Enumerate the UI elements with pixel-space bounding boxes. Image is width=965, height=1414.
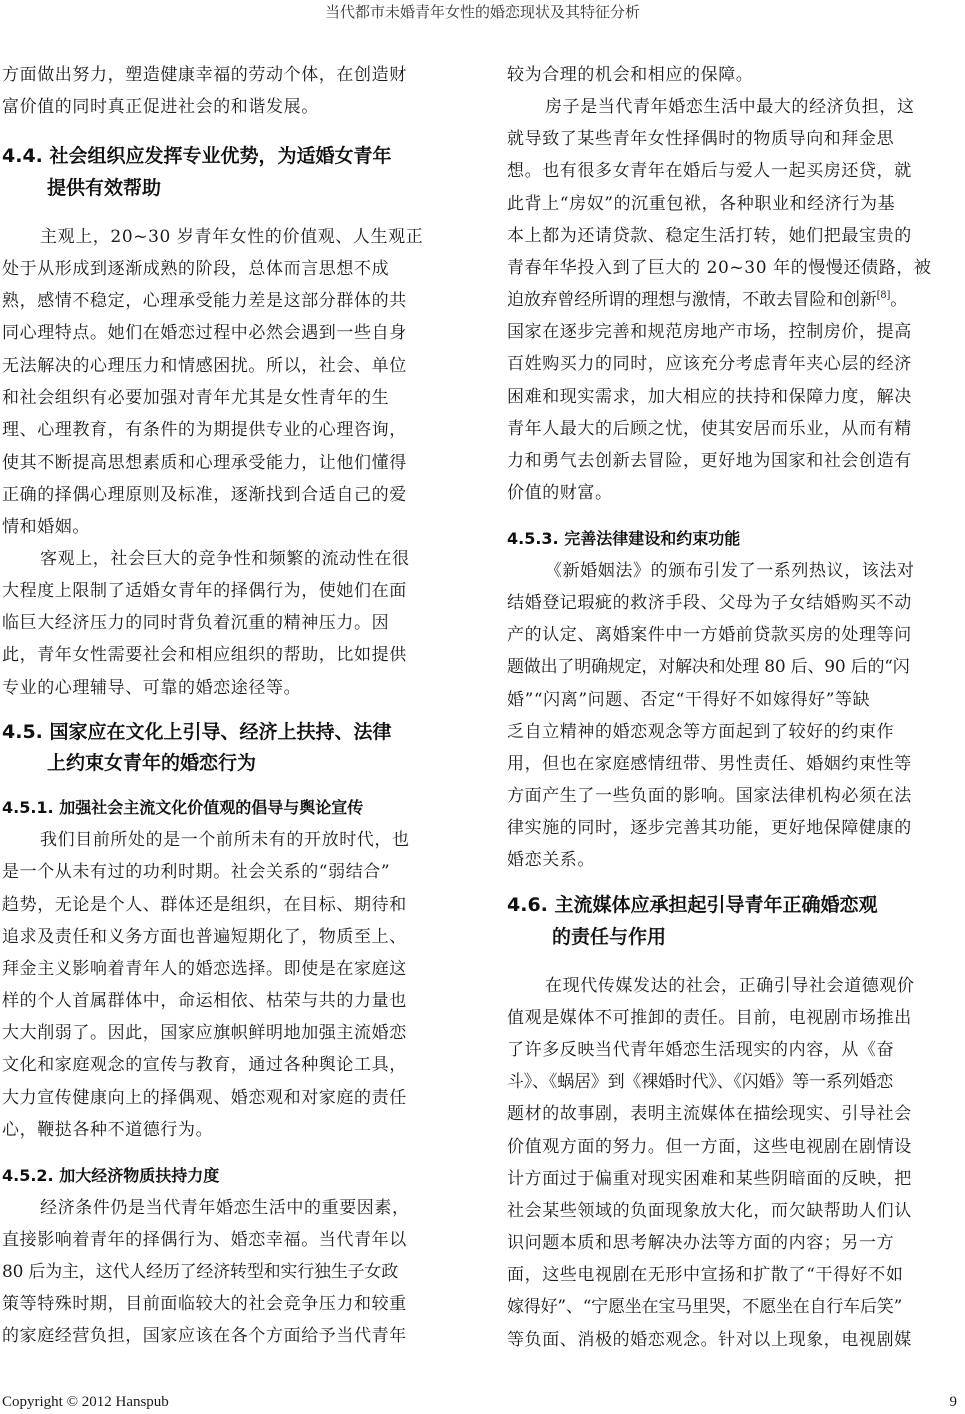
page-number: 9 <box>950 1392 958 1412</box>
paragraph-line: 方面产生了一些负面的影响。国家法律机构必须在法 <box>507 785 912 807</box>
paragraph-line: 文化和家庭观念的宣传与教育，通过各种舆论工具， <box>2 1054 407 1076</box>
paragraph-line: 价值观方面的努力。但一方面，这些电视剧在剧情设 <box>507 1136 912 1158</box>
subsection-number: 4.5.3. <box>507 529 559 548</box>
paragraph-line: 大大削弱了。因此，国家应旗帜鲜明地加强主流婚恋 <box>2 1022 407 1044</box>
paragraph-line: 乏自立精神的婚恋观念等方面起到了较好的约束作 <box>507 721 894 743</box>
paragraph-line: 专业的心理辅导、可靠的婚恋途径等。 <box>2 677 301 699</box>
paragraph-line: 力和勇气去创新去冒险，更好地为国家和社会创造有 <box>507 450 912 472</box>
paragraph-line: 处于从形成到逐渐成熟的阶段，总体而言思想不成 <box>2 258 389 280</box>
paragraph-line: 婚”“闪离”问题、否定“干得好不如嫁得好”等缺 <box>507 689 870 711</box>
punctuation: 。 <box>890 290 907 310</box>
paragraph-line: 主观上，20~30 岁青年女性的价值观、人生观正 <box>40 226 423 248</box>
copyright-notice: Copyright © 2012 Hanspub <box>2 1392 169 1412</box>
paragraph-line: 经济条件仍是当代青年婚恋生活中的重要因素， <box>40 1197 410 1219</box>
paragraph-line: 较为合理的机会和相应的保障。 <box>507 64 753 86</box>
subsection-heading-4-5-3: 4.5.3. 完善法律建设和约束功能 <box>507 528 740 550</box>
paragraph-line: 价值的财富。 <box>507 482 613 504</box>
paragraph-line: 律实施的同时，逐步完善其功能，更好地保障健康的 <box>507 817 912 839</box>
paragraph-line: 结婚登记瑕疵的救济手段、父母为子女结婚购买不动 <box>507 592 912 614</box>
paragraph-line: 社会某些领域的负面现象放大化，而欠缺帮助人们认 <box>507 1200 912 1222</box>
paragraph-line: 嫁得好”、“宁愿坐在宝马里哭，不愿坐在自行车后笑” <box>507 1296 902 1318</box>
section-title: 国家应在文化上引导、经济上扶持、法律 <box>50 721 392 743</box>
section-number: 4.6. <box>507 894 548 916</box>
paragraph-line: 用，但也在家庭感情纽带、男性责任、婚姻约束性等 <box>507 753 912 775</box>
paragraph-line: 和社会组织有必要加强对青年尤其是女性青年的生 <box>2 387 389 409</box>
section-heading-4-5-cont: 上约束女青年的婚恋行为 <box>47 751 256 775</box>
paragraph-line: 80 后为主，这代人经历了经济转型和实行独生子女政 <box>2 1261 398 1283</box>
paragraph-line: 面，这些电视剧在无形中宣扬和扩散了“干得好不如 <box>507 1264 904 1286</box>
paragraph-line: 房子是当代青年婚恋生活中最大的经济负担，这 <box>545 96 915 118</box>
paragraph-line: 大程度上限制了适婚女青年的择偶行为，使她们在面 <box>2 580 407 602</box>
subsection-title: 加大经济物质扶持力度 <box>59 1166 219 1185</box>
paragraph-line: 正确的择偶心理原则及标准，逐渐找到合适自己的爱 <box>2 484 407 506</box>
subsection-number: 4.5.2. <box>2 1166 54 1185</box>
paragraph-line: 识问题本质和思考解决办法等方面的内容；另一方 <box>507 1232 894 1254</box>
paragraph-line: 计方面过于偏重对现实困难和某些阴暗面的反映，把 <box>507 1168 912 1190</box>
paragraph-line: 青年人最大的后顾之忧，使其安居而乐业，从而有精 <box>507 418 912 440</box>
subsection-title: 加强社会主流文化价值观的倡导与舆论宣传 <box>59 798 363 817</box>
paragraph-line: 熟，感情不稳定，心理承受能力差是这部分群体的共 <box>2 290 407 312</box>
paragraph-line: 样的个人首属群体中，命运相依、枯荣与共的力量也 <box>2 990 407 1012</box>
paragraph-line: 理、心理教育，有条件的为期提供专业的心理咨询， <box>2 419 407 441</box>
paragraph-line: 是一个从未有过的功利时期。社会关系的“弱结合” <box>2 861 390 883</box>
section-number: 4.5. <box>2 721 43 743</box>
paragraph-text: 迫放弃曾经所谓的理想与激情，不敢去冒险和创新 <box>507 290 877 310</box>
paragraph-line: 产的认定、离婚案件中一方婚前贷款买房的处理等问 <box>507 624 912 646</box>
paragraph-line: 心，鞭挞各种不道德行为。 <box>2 1119 213 1141</box>
paragraph-line: 的家庭经营负担，国家应该在各个方面给予当代青年 <box>2 1325 407 1347</box>
paragraph-line: 青春年华投入到了巨大的 20~30 年的慢慢还债路，被 <box>507 257 932 279</box>
paragraph-line: 婚恋关系。 <box>507 849 595 871</box>
paragraph-line: 直接影响着青年的择偶行为、婚恋幸福。当代青年以 <box>2 1229 407 1251</box>
paragraph-line: 了许多反映当代青年婚恋生活现实的内容，从《奋 <box>507 1039 894 1061</box>
section-heading-4-6-cont: 的责任与作用 <box>552 925 666 949</box>
paragraph-line: 此背上“房奴”的沉重包袱，各种职业和经济行为基 <box>507 193 895 215</box>
paragraph-line: 就导致了某些青年女性择偶时的物质导向和拜金思 <box>507 128 894 150</box>
section-title: 社会组织应发挥专业优势，为适婚女青年 <box>50 145 392 167</box>
paragraph-line: 题材的故事剧，表明主流媒体在描绘现实、引导社会 <box>507 1103 912 1125</box>
paragraph-line: 趋势，无论是个人、群体还是组织，在目标、期待和 <box>2 894 407 916</box>
paragraph-line: 想。也有很多女青年在婚后与爱人一起买房还贷，就 <box>507 160 912 182</box>
paragraph-line: 题做出了明确规定，对解决和处理 80 后、90 后的“闪 <box>507 656 910 678</box>
paragraph-line: 临巨大经济压力的同时背负着沉重的精神压力。因 <box>2 612 389 634</box>
paragraph-line: 国家在逐步完善和规范房地产市场，控制房价，提高 <box>507 321 912 343</box>
subsection-heading-4-5-1: 4.5.1. 加强社会主流文化价值观的倡导与舆论宣传 <box>2 797 363 819</box>
paragraph-line: 百姓购买力的同时，应该充分考虑青年夹心层的经济 <box>507 353 912 375</box>
paragraph-line: 等负面、消极的婚恋观念。针对以上现象，电视剧媒 <box>507 1329 912 1351</box>
citation-ref[interactable]: [8] <box>877 290 891 301</box>
subsection-number: 4.5.1. <box>2 798 54 817</box>
paragraph-line: 在现代传媒发达的社会，正确引导社会道德观价 <box>545 975 915 997</box>
section-heading-4-5: 4.5. 国家应在文化上引导、经济上扶持、法律 <box>2 720 392 744</box>
subsection-title: 完善法律建设和约束功能 <box>564 529 740 548</box>
section-title: 主流媒体应承担起引导青年正确婚恋观 <box>555 894 878 916</box>
paragraph-line: 迫放弃曾经所谓的理想与激情，不敢去冒险和创新[8]。 <box>507 289 907 311</box>
paragraph-line: 《新婚姻法》的颁布引发了一系列热议，该法对 <box>545 560 915 582</box>
paragraph-line: 富价值的同时真正促进社会的和谐发展。 <box>2 96 319 118</box>
paragraph-line: 值观是媒体不可推卸的责任。目前，电视剧市场推出 <box>507 1007 912 1029</box>
paragraph-line: 此，青年女性需要社会和相应组织的帮助，比如提供 <box>2 644 407 666</box>
section-heading-4-4-cont: 提供有效帮助 <box>47 176 161 200</box>
paragraph-line: 追求及责任和义务方面也普遍短期化了，物质至上、 <box>2 926 407 948</box>
paragraph-line: 拜金主义影响着青年人的婚恋选择。即使是在家庭这 <box>2 958 407 980</box>
subsection-heading-4-5-2: 4.5.2. 加大经济物质扶持力度 <box>2 1165 219 1187</box>
paragraph-line: 我们目前所处的是一个前所未有的开放时代，也 <box>40 829 410 851</box>
section-heading-4-6: 4.6. 主流媒体应承担起引导青年正确婚恋观 <box>507 893 878 917</box>
paragraph-line: 策等特殊时期，目前面临较大的社会竞争压力和较重 <box>2 1293 407 1315</box>
section-number: 4.4. <box>2 145 43 167</box>
paragraph-line: 本上都为还请贷款、稳定生活打转，她们把最宝贵的 <box>507 225 912 247</box>
paragraph-line: 方面做出努力，塑造健康幸福的劳动个体，在创造财 <box>2 64 407 86</box>
paragraph-line: 困难和现实需求，加大相应的扶持和保障力度，解决 <box>507 386 912 408</box>
paragraph-line: 使其不断提高思想素质和心理承受能力，让他们懂得 <box>2 452 407 474</box>
running-header: 当代都市未婚青年女性的婚恋现状及其特征分析 <box>0 2 965 22</box>
paragraph-line: 斗》、《蜗居》到《裸婚时代》、《闪婚》等一系列婚恋 <box>507 1071 893 1093</box>
paragraph-line: 客观上，社会巨大的竞争性和频繁的流动性在很 <box>40 548 410 570</box>
paragraph-line: 无法解决的心理压力和情感困扰。所以，社会、单位 <box>2 355 407 377</box>
paragraph-line: 情和婚姻。 <box>2 516 90 538</box>
paragraph-line: 同心理特点。她们在婚恋过程中必然会遇到一些自身 <box>2 322 407 344</box>
paragraph-line: 大力宣传健康向上的择偶观、婚恋观和对家庭的责任 <box>2 1087 407 1109</box>
section-heading-4-4: 4.4. 社会组织应发挥专业优势，为适婚女青年 <box>2 144 392 168</box>
